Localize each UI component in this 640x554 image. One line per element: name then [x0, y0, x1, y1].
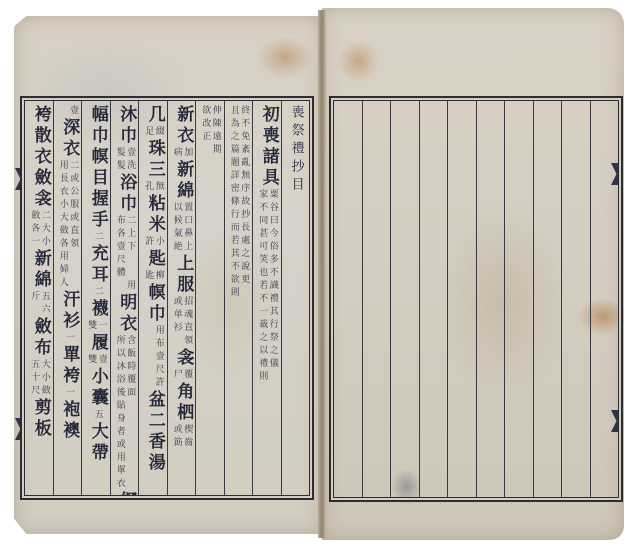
- item-count: 二: [93, 231, 103, 244]
- item-name: 剪板: [31, 398, 51, 440]
- item-name: 幎巾: [145, 283, 165, 325]
- annotation-dual-line: 二或公服或直領用長衣小大斂各用婦人: [57, 160, 77, 290]
- text-column-c3: 伸陳遠期欲改正: [195, 101, 224, 495]
- vertical-text: 幅巾幎目握手二充耳二襪一雙履壹雙小囊五大帶: [86, 105, 106, 464]
- item-name: 網巾: [116, 491, 136, 495]
- annotation-right-line: 伸陳遠期: [210, 105, 219, 157]
- annotation-dual-line: 用布壹尺許: [152, 325, 162, 390]
- item-name: 角柶: [173, 382, 193, 424]
- item-name: 粘米: [145, 194, 165, 236]
- vertical-text: 喪祭禮抄目: [287, 105, 304, 195]
- annotation-right-line: 招魂直領: [182, 296, 191, 348]
- annotation-left-line: 且為之篇題詳密條行而若其不欲則: [228, 105, 237, 300]
- item-name: 斂布: [31, 317, 51, 359]
- annotation-left-line: 家不同甚可笑也若不一裁之以禮則: [257, 189, 266, 384]
- annotation-left-line: 孔: [143, 181, 152, 194]
- annotation-right-line: 五六: [39, 291, 48, 317]
- item-name: 小囊: [88, 367, 108, 409]
- item-name: 沐巾: [116, 105, 136, 147]
- annotation-left-line: 病: [171, 147, 180, 160]
- annotation-right-line: 粟谷曰今俗多不識禮其行祭之儀: [267, 189, 276, 384]
- annotation-right-line: 一: [96, 320, 105, 333]
- vertical-text: 沐巾壹洗髮髮浴巾二上下布各壹尺體用明衣含飯時覆面所以沐浴後貼身者或用單衣網巾: [114, 105, 134, 495]
- item-name: 袍襖: [59, 400, 79, 442]
- annotation-left-line: 欲改正: [200, 105, 209, 157]
- book-spread: 喪祭禮抄目初喪諸具粟谷曰今俗多不識禮其行祭之儀家不同甚可笑也若不一裁之以禮則終不…: [0, 0, 640, 554]
- item-name: 珠三: [145, 139, 165, 181]
- annotation-left-line: 或单衫: [171, 296, 180, 348]
- vertical-text: 袴散衣斂衾二大小斂各一新綿五六斤斂布大小斂五十尺剪板: [29, 105, 49, 440]
- blank-column: [590, 101, 619, 497]
- annotation-dual-line: 柳匙: [143, 270, 163, 283]
- annotation-left-line: 許: [143, 236, 152, 249]
- annotation-dual-line: 終不免紊亂無序故抄長處之說更且為之篇題詳密條行而若其不欲則: [228, 105, 248, 300]
- annotation-right-line: 含飯時覆面: [125, 335, 134, 491]
- annotation-dual-line: 無孔: [143, 181, 163, 194]
- text-column-c8: 壹深衣二或公服或直領用長衣小大斂各用婦人汗衫一單袴一袍襖: [53, 101, 82, 495]
- annotation-left-line: 髮髮: [114, 147, 123, 173]
- annotation-left-line: 雙: [86, 320, 95, 333]
- annotation-left-line: 所以沐浴後貼身者或用單衣: [114, 335, 123, 491]
- item-name: 斂衾: [31, 168, 51, 210]
- item-name: 深衣: [59, 118, 79, 160]
- annotation-dual-line: 壹雙: [86, 354, 106, 367]
- book-gutter: [318, 10, 326, 538]
- annotation-left-line: 用長衣小大斂各用婦人: [57, 160, 66, 290]
- blank-column: [334, 101, 362, 497]
- annotation-dual-line: 二大小斂各一: [29, 210, 49, 249]
- annotation-right-line: 壹: [68, 105, 77, 118]
- annotation-dual-line: 楔齒或筯: [171, 424, 191, 450]
- vertical-text: 初喪諸具粟谷曰今俗多不識禮其行祭之儀家不同甚可笑也若不一裁之以禮則: [257, 105, 277, 384]
- annotation-left-line: 以候氣絶: [171, 202, 180, 254]
- annotation-left-line: 足: [143, 126, 152, 139]
- item-name: 衾: [173, 348, 193, 369]
- text-column-c6: 沐巾壹洗髮髮浴巾二上下布各壹尺體用明衣含飯時覆面所以沐浴後貼身者或用單衣網巾: [110, 101, 139, 495]
- blank-column: [390, 101, 419, 497]
- text-column-c9: 袴散衣斂衾二大小斂各一新綿五六斤斂布大小斂五十尺剪板: [25, 101, 53, 495]
- item-name: 初喪諸具: [259, 105, 279, 189]
- annotation-dual-line: 伸陳遠期欲改正: [200, 105, 220, 157]
- annotation-right-line: 小: [153, 236, 162, 249]
- annotation-right-line: 終不免紊亂無序故抄長處之說更: [239, 105, 248, 300]
- blank-column: [476, 101, 505, 497]
- annotation-dual-line: 用: [124, 280, 134, 293]
- annotation-left-line: 五十尺: [29, 359, 38, 398]
- item-name: 新綿: [31, 249, 51, 291]
- item-name: 大帶: [88, 422, 108, 464]
- annotation-dual-line: 壹: [67, 105, 77, 118]
- text-column-c7: 幅巾幎目握手二充耳二襪一雙履壹雙小囊五大帶: [81, 101, 110, 495]
- item-name: 新衣: [173, 105, 193, 147]
- item-name: 汗衫: [59, 290, 79, 332]
- annotation-right-line: 綴: [153, 126, 162, 139]
- annotation-left-line: 雙: [86, 354, 95, 367]
- text-column-c5: 几綴足珠三無孔粘米小許匙柳匙幎巾用布壹尺許盆二香湯: [138, 101, 167, 495]
- annotation-dual-line: 招魂直領或单衫: [171, 296, 191, 348]
- annotation-left-line: 斤: [29, 291, 38, 317]
- annotation-right-line: 覆: [182, 369, 191, 382]
- right-page-frame: [329, 96, 623, 502]
- vertical-text: 几綴足珠三無孔粘米小許匙柳匙幎巾用布壹尺許盆二香湯: [143, 105, 163, 474]
- annotation-left-line: 尸: [171, 369, 180, 382]
- item-name: 明衣: [116, 293, 136, 335]
- annotation-right-line: 柳: [153, 270, 162, 283]
- annotation-dual-line: 粟谷曰今俗多不識禮其行祭之儀家不同甚可笑也若不一裁之以禮則: [257, 189, 277, 384]
- annotation-right-line: 加: [182, 147, 191, 160]
- annotation-dual-line: 含飯時覆面所以沐浴後貼身者或用單衣: [114, 335, 134, 491]
- annotation-dual-line: 一雙: [86, 320, 106, 333]
- blank-column: [447, 101, 476, 497]
- item-count: 五: [93, 409, 103, 422]
- annotation-right-line: 無: [153, 181, 162, 194]
- item-name: 單袴: [59, 345, 79, 387]
- annotation-dual-line: 壹洗髮髮: [114, 147, 134, 173]
- item-count: 一: [64, 387, 74, 400]
- annotation-right-line: 置口鼻上: [182, 202, 191, 254]
- blank-ruled-columns: [334, 101, 618, 497]
- text-columns: 喪祭禮抄目初喪諸具粟谷曰今俗多不識禮其行祭之儀家不同甚可笑也若不一裁之以禮則終不…: [25, 101, 309, 495]
- annotation-left-line: 斂各一: [29, 210, 38, 249]
- vertical-text: 伸陳遠期欲改正: [200, 105, 220, 157]
- item-name: 散衣: [31, 126, 51, 168]
- text-column-title: 喪祭禮抄目: [281, 101, 310, 495]
- text-column-c1: 初喪諸具粟谷曰今俗多不識禮其行祭之儀家不同甚可笑也若不一裁之以禮則: [252, 101, 281, 495]
- item-name: 幎目: [88, 147, 108, 189]
- text-column-c4: 新衣加病新綿置口鼻上以候氣絶上服招魂直領或单衫衾覆尸角柶楔齒或筯: [167, 101, 196, 495]
- item-name: 握手: [88, 189, 108, 231]
- blank-column: [419, 101, 448, 497]
- text-column-c2: 終不免紊亂無序故抄長處之說更且為之篇題詳密條行而若其不欲則: [224, 101, 253, 495]
- vertical-text: 新衣加病新綿置口鼻上以候氣絶上服招魂直領或单衫衾覆尸角柶楔齒或筯: [171, 105, 191, 450]
- annotation-dual-line: 小許: [143, 236, 163, 249]
- annotation-right-line: 二上下: [125, 215, 134, 280]
- item-count: 二: [93, 286, 103, 299]
- annotation-right-line: 二大小: [39, 210, 48, 249]
- item-name: 上服: [173, 254, 193, 296]
- blank-column: [533, 101, 562, 497]
- annotation-right-line: 二或公服或直領: [68, 160, 77, 290]
- vertical-text: 終不免紊亂無序故抄長處之說更且為之篇題詳密條行而若其不欲則: [228, 105, 248, 300]
- annotation-dual-line: 置口鼻上以候氣絶: [171, 202, 191, 254]
- annotation-right-line: 用: [125, 280, 134, 293]
- item-name: 几: [145, 105, 165, 126]
- blank-column: [561, 101, 590, 497]
- annotation-dual-line: 加病: [171, 147, 191, 160]
- annotation-left-line: 或筯: [171, 424, 180, 450]
- blank-column: [362, 101, 391, 497]
- item-name: 袴: [31, 105, 51, 126]
- item-name: 履: [88, 333, 108, 354]
- annotation-dual-line: 覆尸: [171, 369, 191, 382]
- item-name: 幅巾: [88, 105, 108, 147]
- annotation-dual-line: 大小斂五十尺: [29, 359, 49, 398]
- annotation-right-line: 楔齒: [182, 424, 191, 450]
- item-name: 香湯: [145, 432, 165, 474]
- page-title: 喪祭禮抄目: [289, 105, 304, 195]
- item-name: 浴巾: [116, 173, 136, 215]
- item-name: 新綿: [173, 160, 193, 202]
- annotation-right-line: 用布壹尺許: [153, 325, 162, 390]
- annotation-dual-line: 綴足: [143, 126, 163, 139]
- left-page-frame: 喪祭禮抄目初喪諸具粟谷曰今俗多不識禮其行祭之儀家不同甚可笑也若不一裁之以禮則終不…: [20, 96, 314, 500]
- annotation-right-line: 大小斂: [39, 359, 48, 398]
- item-name: 襪: [88, 299, 108, 320]
- item-name: 盆二: [145, 390, 165, 432]
- annotation-dual-line: 五六斤: [29, 291, 49, 317]
- annotation-left-line: 布各壹尺體: [114, 215, 123, 280]
- annotation-right-line: 壹: [96, 354, 105, 367]
- annotation-dual-line: 二上下布各壹尺體: [114, 215, 134, 280]
- item-name: 充耳: [88, 244, 108, 286]
- item-count: 一: [64, 332, 74, 345]
- annotation-left-line: 匙: [143, 270, 152, 283]
- annotation-right-line: 壹洗: [125, 147, 134, 173]
- item-name: 匙: [145, 249, 165, 270]
- blank-column: [504, 101, 533, 497]
- vertical-text: 壹深衣二或公服或直領用長衣小大斂各用婦人汗衫一單袴一袍襖: [57, 105, 77, 442]
